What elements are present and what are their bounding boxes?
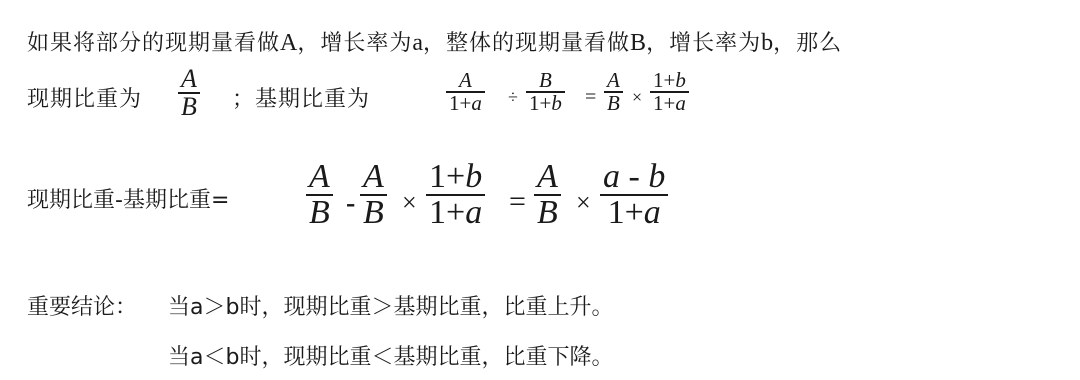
numerator: A (178, 66, 200, 92)
difference-label: 现期比重-基期比重= (27, 183, 229, 214)
fraction-A-over-B: A B (360, 160, 387, 230)
text: ，那么 (773, 31, 842, 56)
fraction-1plus-b-over-1plus-a: 1+b 1+a (426, 160, 485, 230)
fraction-1plus-b-over-1plus-a: 1+b 1+a (650, 70, 689, 114)
var-B: B (630, 30, 646, 56)
numerator: A (306, 160, 333, 194)
text: b (675, 68, 686, 92)
times-sign: × (402, 188, 417, 218)
text: ，增长率为 (297, 31, 412, 56)
denominator: B (306, 196, 333, 230)
text: 1+ (429, 158, 465, 195)
text: 重要结论： (27, 295, 137, 320)
fraction-a-minus-b-over-1plus-a: a - b 1+a (600, 160, 668, 230)
denominator: B (178, 94, 200, 120)
var-b: b (761, 30, 773, 56)
denominator: B (360, 196, 387, 230)
equals-sign: = (509, 185, 526, 219)
text: a (644, 194, 661, 231)
var-A: A (280, 30, 297, 56)
denominator: B (534, 196, 561, 230)
text: 基期比重为 (255, 87, 370, 112)
times-sign: × (576, 188, 591, 218)
conclusion-label: 重要结论： (27, 290, 137, 321)
text: b (465, 158, 482, 195)
numerator: A (360, 160, 387, 194)
text: 1+ (653, 91, 675, 115)
numerator: A (604, 70, 623, 91)
text: 现期比重-基期比重= (27, 188, 229, 213)
text: a (675, 91, 686, 115)
divide-sign: ÷ (508, 87, 518, 108)
text: 现期比重为 (27, 87, 142, 112)
current-share-label: 现期比重为 (27, 82, 142, 113)
base-share-label: ；基期比重为 (232, 82, 370, 113)
numerator: A (534, 160, 561, 194)
numerator: a - b (600, 160, 668, 194)
conclusion-line-2: 当a＜b时，现期比重＜基期比重，比重下降。 (168, 340, 613, 371)
text: 当a＞b时，现期比重＞基期比重，比重上升。 (168, 295, 613, 320)
text: 1+ (653, 68, 675, 92)
intro-line-1: 如果将部分的现期量看做A，增长率为a，整体的现期量看做B，增长率为b，那么 (27, 26, 842, 57)
text: ，增长率为 (646, 31, 761, 56)
text: 1+ (529, 91, 551, 115)
times-sign: × (632, 87, 642, 108)
numerator: B (536, 70, 555, 91)
conclusion-line-1: 当a＞b时，现期比重＞基期比重，比重上升。 (168, 290, 613, 321)
text: 1+ (449, 91, 471, 115)
var-a: a (412, 30, 423, 56)
fraction-A-over-1plus-a: A 1+a (446, 70, 485, 114)
text: 如果将部分的现期量看做 (27, 31, 280, 56)
equals-sign: = (585, 86, 596, 109)
text: 1+ (608, 194, 644, 231)
fraction-A-over-B: A B (178, 66, 200, 120)
text: a (471, 91, 482, 115)
fraction-A-over-B: A B (306, 160, 333, 230)
fraction-B-over-1plus-b: B 1+b (526, 70, 565, 114)
text: b (551, 91, 562, 115)
minus-sign: - (346, 188, 355, 220)
text: ； (232, 87, 255, 112)
fraction-A-over-B: A B (604, 70, 623, 114)
text: a (465, 194, 482, 231)
numerator: A (456, 70, 475, 91)
text: ，整体的现期量看做 (423, 31, 630, 56)
fraction-A-over-B: A B (534, 160, 561, 230)
denominator: B (604, 93, 623, 114)
text: 当a＜b时，现期比重＜基期比重，比重下降。 (168, 345, 613, 370)
text: 1+ (429, 194, 465, 231)
